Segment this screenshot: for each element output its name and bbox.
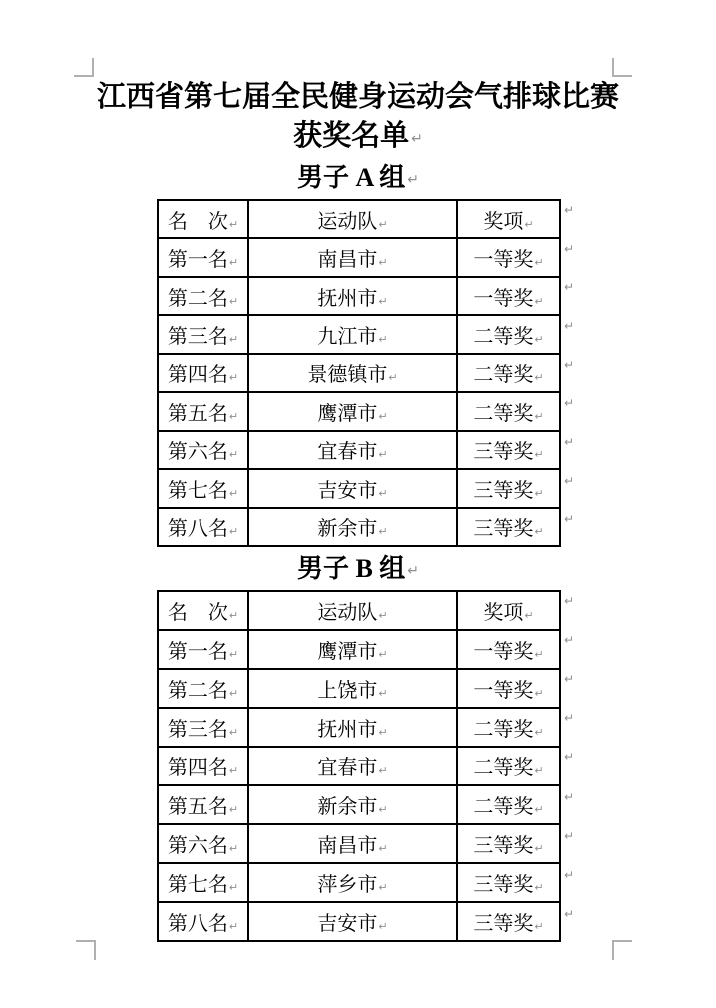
award-cell: 二等奖↵ <box>457 392 560 430</box>
team-cell: 九江市↵ <box>248 315 457 353</box>
paragraph-mark-icon: ↵ <box>411 131 423 147</box>
group-a-table-wrap: 名 次↵ 运动队↵ 奖项↵ 第一名↵ 南昌市↵ 一等奖↵ 第二名↵ 抚州市↵ 一… <box>157 199 559 547</box>
award-cell: 三等奖↵ <box>457 863 560 902</box>
award-cell: 三等奖↵ <box>457 431 560 469</box>
table-row: 第一名↵ 南昌市↵ 一等奖↵ <box>158 238 560 276</box>
end-of-cell-mark-icon: ↵ <box>534 726 543 739</box>
doc-title-line-1: 江西省第七届全民健身运动会气排球比赛 <box>0 78 716 117</box>
crop-mark-bottom-left <box>76 940 96 960</box>
team-cell: 吉安市↵ <box>248 902 457 941</box>
end-of-cell-mark-icon: ↵ <box>378 295 387 308</box>
end-of-row-mark-icon: ↵ <box>564 315 578 354</box>
header-rank: 名 次↵ <box>158 591 248 630</box>
table-row: 第七名↵ 萍乡市↵ 三等奖↵ <box>158 863 560 902</box>
header-team: 运动队↵ <box>248 200 457 238</box>
end-of-cell-mark-icon: ↵ <box>229 920 238 933</box>
end-of-cell-mark-icon: ↵ <box>534 920 543 933</box>
crop-mark-bottom-right <box>612 940 632 960</box>
end-of-cell-mark-icon: ↵ <box>378 609 387 622</box>
end-of-cell-mark-icon: ↵ <box>229 218 238 231</box>
end-of-cell-mark-icon: ↵ <box>378 448 387 461</box>
end-of-cell-mark-icon: ↵ <box>229 687 238 700</box>
end-of-row-mark-icon: ↵ <box>564 825 578 864</box>
end-of-row-mark-icon: ↵ <box>564 707 578 746</box>
awards-table-b: 名 次↵ 运动队↵ 奖项↵ 第一名↵ 鹰潭市↵ 一等奖↵ 第二名↵ 上饶市↵ 一… <box>157 590 561 942</box>
end-of-cell-mark-icon: ↵ <box>229 803 238 816</box>
end-of-cell-mark-icon: ↵ <box>229 842 238 855</box>
end-of-cell-mark-icon: ↵ <box>378 648 387 661</box>
document-body: 江西省第七届全民健身运动会气排球比赛 获奖名单↵ 男子 A 组↵ 名 次↵ 运动… <box>0 78 716 942</box>
end-of-row-mark-icon: ↵ <box>564 786 578 825</box>
end-of-cell-mark-icon: ↵ <box>378 218 387 231</box>
end-of-cell-mark-icon: ↵ <box>378 803 387 816</box>
table-row: 第六名↵ 宜春市↵ 三等奖↵ <box>158 431 560 469</box>
rank-cell: 第五名↵ <box>158 785 248 824</box>
end-of-cell-mark-icon: ↵ <box>534 295 543 308</box>
table-header-row: 名 次↵ 运动队↵ 奖项↵ <box>158 200 560 238</box>
table-row: 第四名↵ 景德镇市↵ 二等奖↵ <box>158 354 560 392</box>
end-of-row-mark-icon: ↵ <box>564 392 578 431</box>
end-of-cell-mark-icon: ↵ <box>229 525 238 538</box>
header-rank: 名 次↵ <box>158 200 248 238</box>
end-of-cell-mark-icon: ↵ <box>229 371 238 384</box>
rank-cell: 第七名↵ <box>158 863 248 902</box>
end-of-row-mark-icon: ↵ <box>564 354 578 393</box>
award-cell: 二等奖↵ <box>457 708 560 747</box>
award-cell: 二等奖↵ <box>457 354 560 392</box>
doc-title-line-2: 获奖名单↵ <box>0 117 716 159</box>
rank-cell: 第五名↵ <box>158 392 248 430</box>
team-cell: 萍乡市↵ <box>248 863 457 902</box>
paragraph-mark-icon: ↵ <box>407 563 419 579</box>
rank-cell: 第三名↵ <box>158 708 248 747</box>
end-of-cell-mark-icon: ↵ <box>378 410 387 423</box>
team-cell: 抚州市↵ <box>248 708 457 747</box>
end-of-cell-mark-icon: ↵ <box>229 764 238 777</box>
rank-cell: 第四名↵ <box>158 354 248 392</box>
end-of-cell-mark-icon: ↵ <box>534 410 543 423</box>
end-of-cell-mark-icon: ↵ <box>378 881 387 894</box>
end-of-cell-mark-icon: ↵ <box>229 881 238 894</box>
end-of-cell-mark-icon: ↵ <box>534 648 543 661</box>
table-row: 第八名↵ 新余市↵ 三等奖↵ <box>158 508 560 547</box>
group-b-table-wrap: 名 次↵ 运动队↵ 奖项↵ 第一名↵ 鹰潭市↵ 一等奖↵ 第二名↵ 上饶市↵ 一… <box>157 590 559 942</box>
team-cell: 新余市↵ <box>248 508 457 547</box>
award-cell: 一等奖↵ <box>457 669 560 708</box>
end-of-cell-mark-icon: ↵ <box>229 726 238 739</box>
team-cell: 鹰潭市↵ <box>248 392 457 430</box>
rank-cell: 第六名↵ <box>158 824 248 863</box>
end-of-cell-mark-icon: ↵ <box>378 333 387 346</box>
end-of-row-mark-icon: ↵ <box>564 864 578 903</box>
end-of-row-mark-icon: ↵ <box>564 276 578 315</box>
table-row: 第五名↵ 鹰潭市↵ 二等奖↵ <box>158 392 560 430</box>
team-cell: 宜春市↵ <box>248 747 457 786</box>
document-page: { "marks": { "paragraph": "↵", "cell": "… <box>0 0 716 1008</box>
end-of-row-marks: ↵ ↵ ↵ ↵ ↵ ↵ ↵ ↵ ↵ <box>564 590 578 942</box>
award-cell: 一等奖↵ <box>457 277 560 315</box>
end-of-cell-mark-icon: ↵ <box>378 842 387 855</box>
rank-cell: 第八名↵ <box>158 508 248 547</box>
end-of-cell-mark-icon: ↵ <box>229 609 238 622</box>
rank-cell: 第二名↵ <box>158 277 248 315</box>
end-of-row-mark-icon: ↵ <box>564 746 578 785</box>
award-cell: 一等奖↵ <box>457 238 560 276</box>
table-row: 第一名↵ 鹰潭市↵ 一等奖↵ <box>158 630 560 669</box>
rank-cell: 第二名↵ <box>158 669 248 708</box>
team-cell: 抚州市↵ <box>248 277 457 315</box>
rank-cell: 第三名↵ <box>158 315 248 353</box>
table-row: 第四名↵ 宜春市↵ 二等奖↵ <box>158 747 560 786</box>
end-of-row-mark-icon: ↵ <box>564 590 578 629</box>
table-row: 第五名↵ 新余市↵ 二等奖↵ <box>158 785 560 824</box>
header-award: 奖项↵ <box>457 200 560 238</box>
end-of-cell-mark-icon: ↵ <box>534 687 543 700</box>
table-row: 第八名↵ 吉安市↵ 三等奖↵ <box>158 902 560 941</box>
end-of-cell-mark-icon: ↵ <box>534 448 543 461</box>
end-of-cell-mark-icon: ↵ <box>534 764 543 777</box>
group-b-heading: 男子 B 组↵ <box>0 550 716 590</box>
end-of-cell-mark-icon: ↵ <box>378 687 387 700</box>
table-row: 第三名↵ 九江市↵ 二等奖↵ <box>158 315 560 353</box>
award-cell: 三等奖↵ <box>457 508 560 547</box>
table-row: 第六名↵ 南昌市↵ 三等奖↵ <box>158 824 560 863</box>
paragraph-mark-icon: ↵ <box>407 172 419 188</box>
end-of-row-mark-icon: ↵ <box>564 238 578 277</box>
team-cell: 新余市↵ <box>248 785 457 824</box>
table-row: 第二名↵ 抚州市↵ 一等奖↵ <box>158 277 560 315</box>
end-of-row-mark-icon: ↵ <box>564 199 578 238</box>
end-of-row-marks: ↵ ↵ ↵ ↵ ↵ ↵ ↵ ↵ ↵ <box>564 199 578 547</box>
crop-mark-top-left <box>74 58 94 77</box>
team-cell: 鹰潭市↵ <box>248 630 457 669</box>
end-of-cell-mark-icon: ↵ <box>378 920 387 933</box>
group-a-heading: 男子 A 组↵ <box>0 159 716 199</box>
end-of-row-mark-icon: ↵ <box>564 431 578 470</box>
crop-mark-top-right <box>612 58 632 77</box>
end-of-row-mark-icon: ↵ <box>564 903 578 942</box>
award-cell: 一等奖↵ <box>457 630 560 669</box>
end-of-cell-mark-icon: ↵ <box>378 525 387 538</box>
end-of-cell-mark-icon: ↵ <box>229 333 238 346</box>
end-of-row-mark-icon: ↵ <box>564 470 578 509</box>
end-of-row-mark-icon: ↵ <box>564 668 578 707</box>
rank-cell: 第六名↵ <box>158 431 248 469</box>
end-of-cell-mark-icon: ↵ <box>534 371 543 384</box>
end-of-cell-mark-icon: ↵ <box>378 256 387 269</box>
end-of-cell-mark-icon: ↵ <box>534 842 543 855</box>
award-cell: 三等奖↵ <box>457 902 560 941</box>
end-of-cell-mark-icon: ↵ <box>229 410 238 423</box>
end-of-cell-mark-icon: ↵ <box>229 256 238 269</box>
team-cell: 上饶市↵ <box>248 669 457 708</box>
end-of-cell-mark-icon: ↵ <box>229 487 238 500</box>
team-cell: 景德镇市↵ <box>248 354 457 392</box>
award-cell: 三等奖↵ <box>457 469 560 507</box>
end-of-cell-mark-icon: ↵ <box>534 881 543 894</box>
awards-table-a: 名 次↵ 运动队↵ 奖项↵ 第一名↵ 南昌市↵ 一等奖↵ 第二名↵ 抚州市↵ 一… <box>157 199 561 547</box>
end-of-cell-mark-icon: ↵ <box>378 487 387 500</box>
end-of-cell-mark-icon: ↵ <box>534 256 543 269</box>
table-header-row: 名 次↵ 运动队↵ 奖项↵ <box>158 591 560 630</box>
end-of-cell-mark-icon: ↵ <box>229 648 238 661</box>
end-of-cell-mark-icon: ↵ <box>524 218 533 231</box>
end-of-cell-mark-icon: ↵ <box>229 295 238 308</box>
team-cell: 南昌市↵ <box>248 238 457 276</box>
rank-cell: 第一名↵ <box>158 238 248 276</box>
team-cell: 宜春市↵ <box>248 431 457 469</box>
end-of-row-mark-icon: ↵ <box>564 629 578 668</box>
end-of-cell-mark-icon: ↵ <box>534 525 543 538</box>
award-cell: 二等奖↵ <box>457 785 560 824</box>
end-of-cell-mark-icon: ↵ <box>378 764 387 777</box>
award-cell: 二等奖↵ <box>457 315 560 353</box>
rank-cell: 第七名↵ <box>158 469 248 507</box>
end-of-cell-mark-icon: ↵ <box>229 448 238 461</box>
rank-cell: 第一名↵ <box>158 630 248 669</box>
award-cell: 三等奖↵ <box>457 824 560 863</box>
team-cell: 南昌市↵ <box>248 824 457 863</box>
table-row: 第七名↵ 吉安市↵ 三等奖↵ <box>158 469 560 507</box>
end-of-cell-mark-icon: ↵ <box>524 609 533 622</box>
header-team: 运动队↵ <box>248 591 457 630</box>
header-award: 奖项↵ <box>457 591 560 630</box>
end-of-cell-mark-icon: ↵ <box>534 803 543 816</box>
end-of-row-mark-icon: ↵ <box>564 508 578 547</box>
end-of-cell-mark-icon: ↵ <box>388 371 397 384</box>
award-cell: 二等奖↵ <box>457 747 560 786</box>
table-row: 第二名↵ 上饶市↵ 一等奖↵ <box>158 669 560 708</box>
end-of-cell-mark-icon: ↵ <box>534 487 543 500</box>
team-cell: 吉安市↵ <box>248 469 457 507</box>
table-row: 第三名↵ 抚州市↵ 二等奖↵ <box>158 708 560 747</box>
end-of-cell-mark-icon: ↵ <box>534 333 543 346</box>
rank-cell: 第四名↵ <box>158 747 248 786</box>
end-of-cell-mark-icon: ↵ <box>378 726 387 739</box>
rank-cell: 第八名↵ <box>158 902 248 941</box>
